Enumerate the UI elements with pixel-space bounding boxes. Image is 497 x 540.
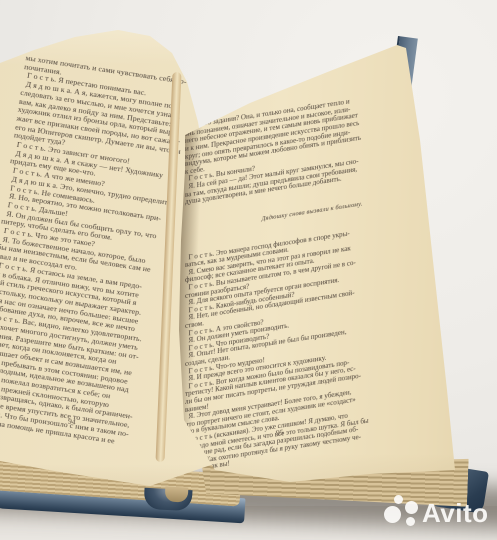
avito-logo-icon xyxy=(384,492,420,532)
photo-scene: мы хотим почитать и сами чувствовать себ… xyxy=(0,0,497,540)
right-page-number: 95 xyxy=(275,428,284,438)
right-page-text-bottom: Г о с т ь. Это манера господ философов в… xyxy=(185,214,457,475)
right-page-text: вшая его задания? Она, и только она, соо… xyxy=(185,67,457,490)
avito-wordmark: Avito xyxy=(422,500,489,526)
right-page-text-top: вшая его задания? Она, и только она, соо… xyxy=(185,83,457,207)
avito-watermark: Avito xyxy=(384,492,489,532)
uncle-called-away-note: Дядюшку снова вызвали к больному. xyxy=(185,189,439,235)
left-page-number: 94 xyxy=(67,417,76,427)
